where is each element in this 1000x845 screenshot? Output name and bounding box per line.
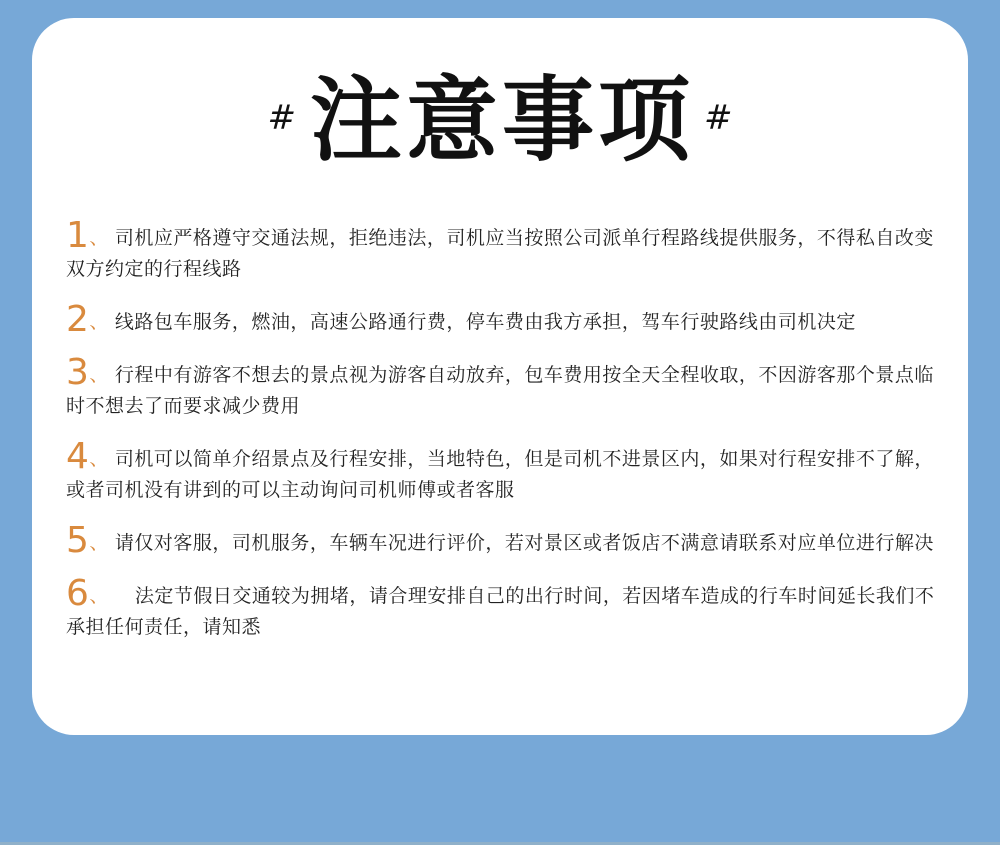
notice-text: 行程中有游客不想去的景点视为游客自动放弃，包车费用按全天全程收取，不因游客那个景… — [66, 364, 934, 417]
notice-separator: 、 — [89, 532, 109, 554]
notice-number: 4 — [66, 436, 89, 477]
notice-text: 司机可以简单介绍景点及行程安排，当地特色，但是司机不进景区内，如果对行程安排不了… — [66, 448, 934, 501]
notice-text: 司机应严格遵守交通法规，拒绝违法，司机应当按照公司派单行程路线提供服务，不得私自… — [66, 227, 934, 280]
notice-separator: 、 — [89, 364, 109, 386]
notice-number: 1 — [66, 215, 89, 256]
notice-number: 2 — [66, 299, 89, 340]
title-row: # 注意事项 # — [32, 66, 968, 176]
notice-item-3: 3、行程中有游客不想去的景点视为游客自动放弃，包车费用按全天全程收取，不因游客那… — [66, 357, 946, 422]
notice-text: 请仅对客服，司机服务，车辆车况进行评价，若对景区或者饭店不满意请联系对应单位进行… — [115, 532, 934, 554]
notice-list: 1、司机应严格遵守交通法规，拒绝违法，司机应当按照公司派单行程路线提供服务，不得… — [66, 220, 946, 662]
notice-item-2: 2、线路包车服务，燃油，高速公路通行费，停车费由我方承担，驾车行驶路线由司机决定 — [66, 304, 946, 338]
notice-number: 6 — [66, 573, 89, 614]
notice-separator: 、 — [89, 448, 109, 470]
notice-text: 线路包车服务，燃油，高速公路通行费，停车费由我方承担，驾车行驶路线由司机决定 — [115, 311, 856, 333]
notice-number: 5 — [66, 520, 89, 561]
notice-separator: 、 — [89, 311, 109, 333]
hash-decoration-left: # — [267, 98, 296, 138]
notice-number: 3 — [66, 352, 89, 393]
hash-decoration-right: # — [704, 98, 733, 138]
notice-card: # 注意事项 # 1、司机应严格遵守交通法规，拒绝违法，司机应当按照公司派单行程… — [32, 18, 968, 735]
notice-separator: 、 — [89, 585, 109, 607]
notice-text: 法定节假日交通较为拥堵，请合理安排自己的出行时间，若因堵车造成的行车时间延长我们… — [66, 585, 934, 638]
notice-separator: 、 — [89, 227, 109, 249]
notice-item-5: 5、请仅对客服，司机服务，车辆车况进行评价，若对景区或者饭店不满意请联系对应单位… — [66, 525, 946, 559]
notice-item-1: 1、司机应严格遵守交通法规，拒绝违法，司机应当按照公司派单行程路线提供服务，不得… — [66, 220, 946, 285]
notice-item-6: 6、法定节假日交通较为拥堵，请合理安排自己的出行时间，若因堵车造成的行车时间延长… — [66, 578, 946, 643]
notice-item-4: 4、司机可以简单介绍景点及行程安排，当地特色，但是司机不进景区内，如果对行程安排… — [66, 441, 946, 506]
page-title: 注意事项 — [310, 66, 694, 176]
